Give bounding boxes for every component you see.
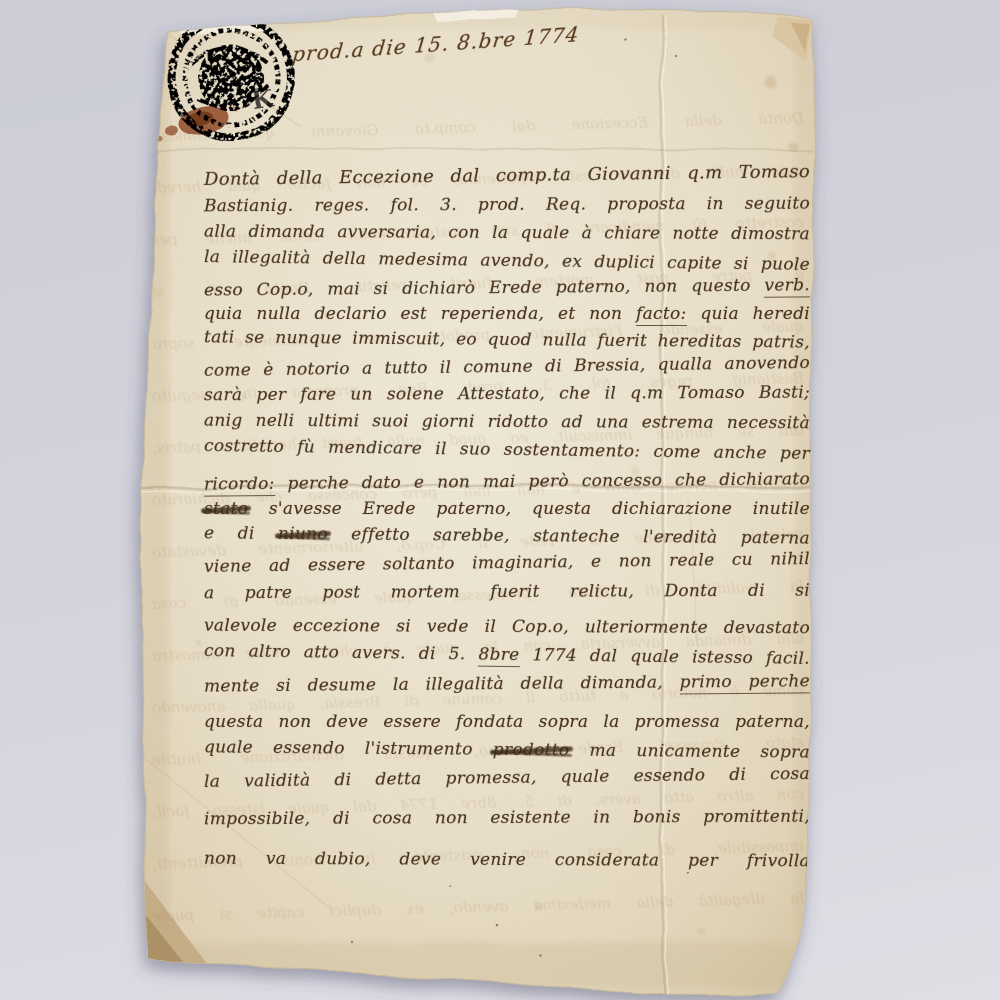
- letter-sheet-graphic: K: [0, 0, 1000, 1000]
- photo-of-letter: K Dontà della Eccezione dal comp.ta Giov…: [0, 0, 1000, 1000]
